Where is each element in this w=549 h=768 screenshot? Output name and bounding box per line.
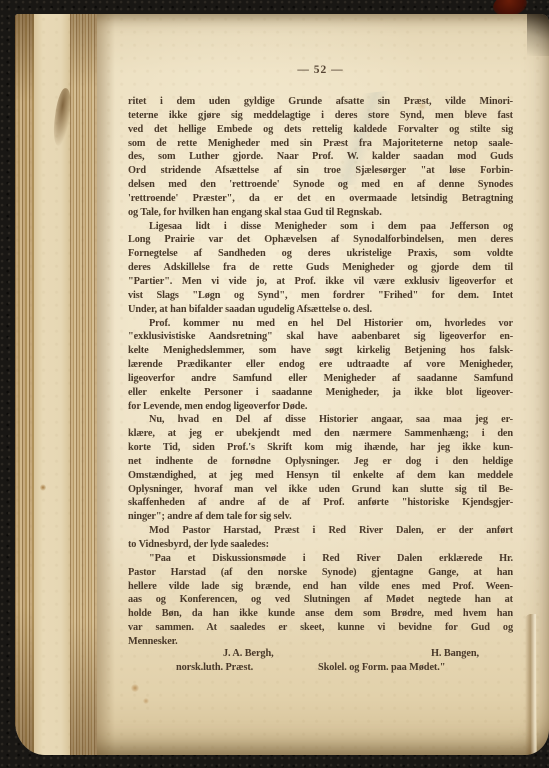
signature-right-title: Skolel. og Form. paa Mødet." <box>318 662 445 673</box>
text-line: 'rettroende' Præster", da er det en over… <box>128 192 513 206</box>
page-edge-gap <box>34 14 70 755</box>
text-line: ved det hellige Embede og dets rettelig … <box>128 123 513 137</box>
text-line: hellere vilde lade sig brænde, end han v… <box>128 580 513 594</box>
text-line: var sammen. At saaledes er skeet, kunne … <box>128 621 513 635</box>
signature-right-name: H. Bangen, <box>431 648 479 659</box>
signature-block: J. A. Bergh, H. Bangen, norsk.luth. Præs… <box>128 648 513 676</box>
text-line: deres Adskillelse fra de rette Guds Meni… <box>128 261 513 275</box>
signature-titles-row: norsk.luth. Præst. Skolel. og Form. paa … <box>128 662 513 676</box>
text-line: des, som Luther gjorde. Naar Prof. W. ka… <box>128 150 513 164</box>
text-line: Under, at han bifalder saadan ugudelig A… <box>128 303 513 317</box>
text-line: to Vidnesbyrd, der lyde saaledes: <box>128 538 513 552</box>
page-edge-stack-outer <box>15 14 34 755</box>
text-line: Omstændighed, at jeg med Hensyn til enke… <box>128 469 513 483</box>
text-line: holde Bøn, da han ikke kunde anse dem so… <box>128 607 513 621</box>
text-line: Pastor Harstad (af den norske Synode) gj… <box>128 566 513 580</box>
text-line: Long Prairie var det Ophævelsen af Synod… <box>128 233 513 247</box>
text-line: for Levende, men endog ligeoverfor Døde. <box>128 400 513 414</box>
scan-background: — 52 — ritet i dem uden gyldige Grunde a… <box>0 0 549 768</box>
text-line: net indhente de fornødne Oplysninger. Je… <box>128 455 513 469</box>
next-page-sliver <box>525 614 537 755</box>
text-line: Ord stridende Afsættelse af sin troe Sjæ… <box>128 164 513 178</box>
text-line: aas og Konferencen, og ved Slutningen af… <box>128 593 513 607</box>
book-page: — 52 — ritet i dem uden gyldige Grunde a… <box>15 14 549 755</box>
text-line: Mod Pastor Harstad, Præst i Red River Da… <box>128 524 513 538</box>
text-line: vist Slags "Løgn og Synd", men fordrer "… <box>128 289 513 303</box>
text-line: ritet i dem uden gyldige Grunde afsatte … <box>128 95 513 109</box>
text-line: klære, at jeg er ubekjendt med den nærme… <box>128 427 513 441</box>
text-line: Ligesaa lidt i disse Menigheder som i de… <box>128 220 513 234</box>
text-line: ninger"; andre af dem tale for sig selv. <box>128 510 513 524</box>
signature-names-row: J. A. Bergh, H. Bangen, <box>128 648 513 662</box>
page-edge-stack-inner <box>70 14 97 755</box>
text-line: "Paa et Diskussionsmøde i Red River Dale… <box>128 552 513 566</box>
text-line: delsen med den 'rettroende' Synode og me… <box>128 178 513 192</box>
gutter-shadow <box>97 14 115 755</box>
text-line: Fornegtelse af Sandheden og deres ukrist… <box>128 247 513 261</box>
text-line: Prof. kommer nu med en hel Del Historier… <box>128 317 513 331</box>
text-line: "exklusivistiske Aandsretning" skal have… <box>128 330 513 344</box>
text-line: kelte Menighedslemmer, som have søgt kir… <box>128 344 513 358</box>
text-line: lærende Prædikanter eller endog ere udtr… <box>128 358 513 372</box>
body-text: ritet i dem uden gyldige Grunde afsatte … <box>128 95 513 649</box>
text-line: korte Tid, siden Prof.'s Skrift kom mig … <box>128 441 513 455</box>
printed-content: — 52 — ritet i dem uden gyldige Grunde a… <box>128 14 513 755</box>
text-line: Mennesker. <box>128 635 513 649</box>
text-line: ligeoverfor andre Samfund eller Menighed… <box>128 372 513 386</box>
text-line: "Partier". Men vi vide jo, at Prof. ikke… <box>128 275 513 289</box>
page-number: — 52 — <box>128 64 513 76</box>
text-line: eller enkelte Personer i saadanne Menigh… <box>128 386 513 400</box>
signature-left-name: J. A. Bergh, <box>223 648 274 659</box>
text-line: som de rette Menigheder med sin Præst fr… <box>128 137 513 151</box>
text-line: teterne ikke gjøre sig meddelagtige i de… <box>128 109 513 123</box>
signature-left-title: norsk.luth. Præst. <box>176 662 253 673</box>
text-line: Nu, hvad en Del af disse Historier angaa… <box>128 413 513 427</box>
text-line: og Tale, for hvilken han engang skal sta… <box>128 206 513 220</box>
text-line: skaffenheden af andre af de af Prof. anf… <box>128 496 513 510</box>
page-corner-shadow <box>527 14 549 56</box>
text-line: Oplysninger, hvoraf man vel ikke uden Gr… <box>128 483 513 497</box>
